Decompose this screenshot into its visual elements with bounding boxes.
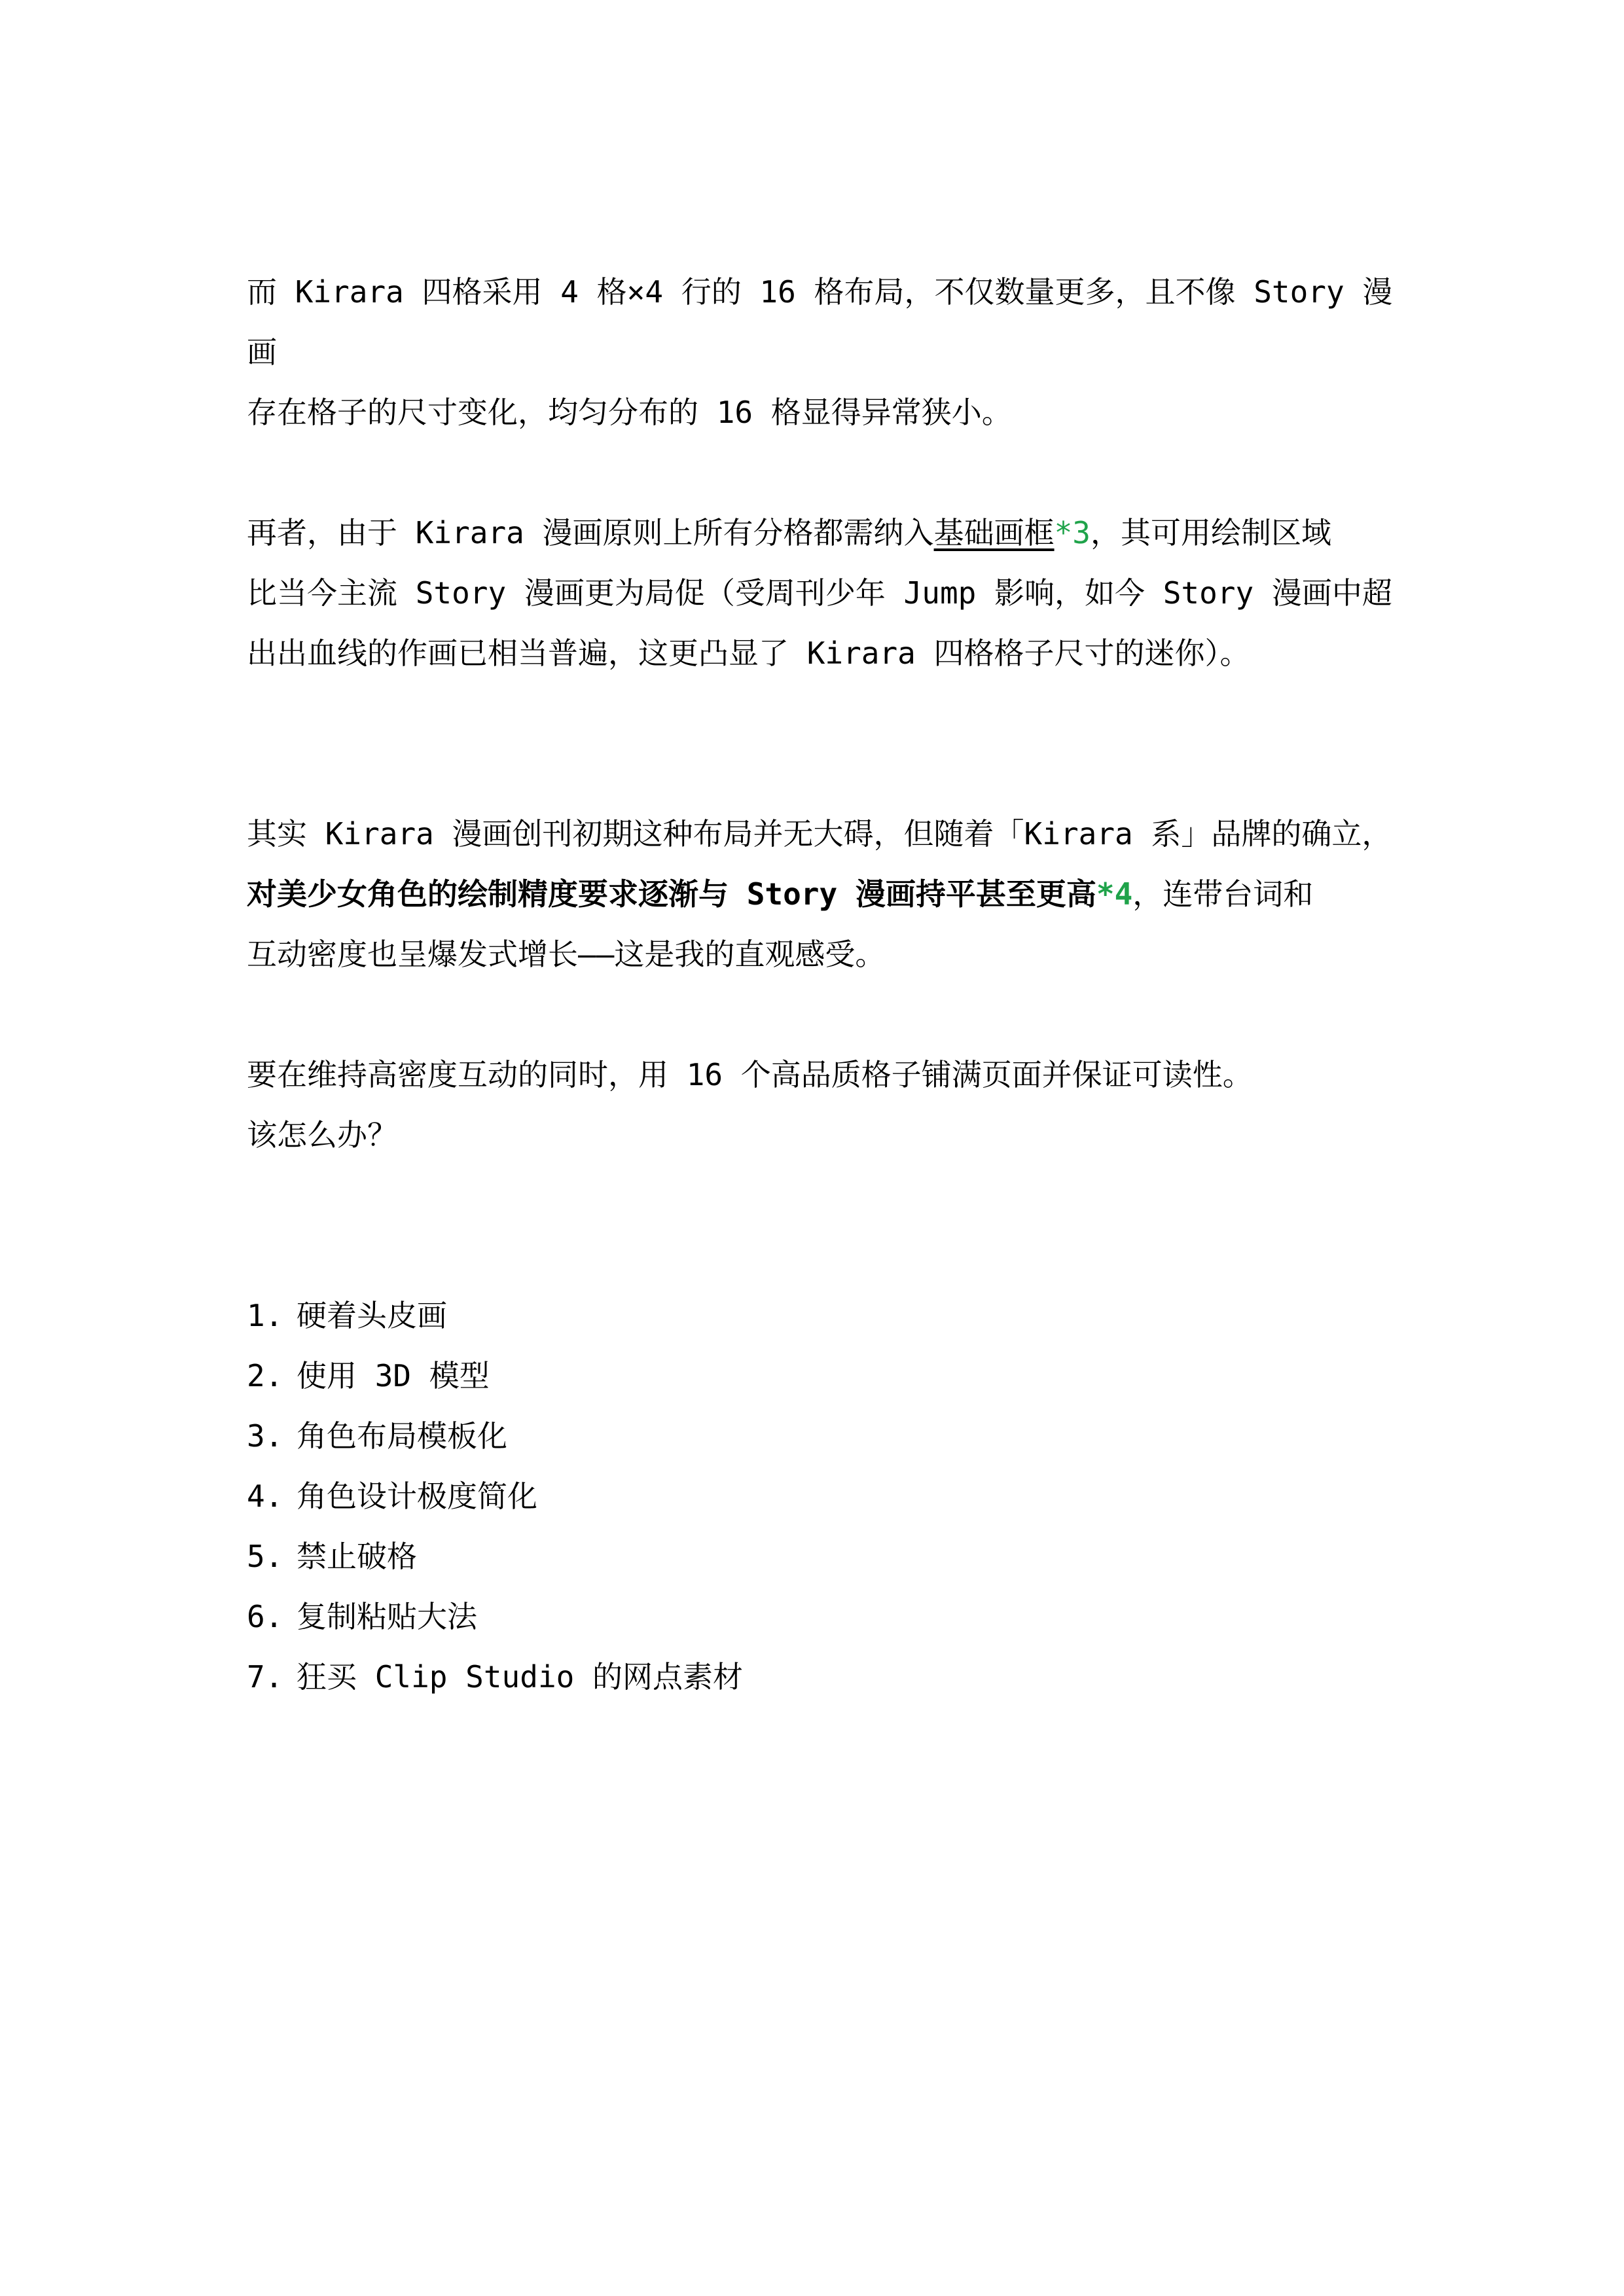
list-item: 3.角色布局模板化 [247, 1406, 1399, 1466]
paragraph-1: 而 Kirara 四格采用 4 格×4 行的 16 格布局，不仅数量更多，且不像… [247, 262, 1399, 442]
paragraph-2-text-after: ，其可用绘制区域 [1091, 515, 1331, 550]
document-page: 而 Kirara 四格采用 4 格×4 行的 16 格布局，不仅数量更多，且不像… [247, 262, 1399, 1707]
paragraph-3-line-2: 对美少女角色的绘制精度要求逐渐与 Story 漫画持平甚至更高*4，连带台词和 [247, 864, 1399, 924]
paragraph-3-text-after: ，连带台词和 [1132, 876, 1313, 912]
list-number: 2. [247, 1346, 297, 1406]
paragraph-2-text: 再者，由于 Kirara 漫画原则上所有分格都需纳入 [247, 515, 934, 550]
paragraph-2-line-3: 出出血线的作画已相当普遍，这更凸显了 Kirara 四格格子尺寸的迷你）。 [247, 623, 1399, 683]
paragraph-2-line-1: 再者，由于 Kirara 漫画原则上所有分格都需纳入基础画框*3，其可用绘制区域 [247, 503, 1399, 563]
list-text: 禁止破格 [297, 1539, 417, 1574]
list-item: 2.使用 3D 模型 [247, 1346, 1399, 1406]
paragraph-2: 再者，由于 Kirara 漫画原则上所有分格都需纳入基础画框*3，其可用绘制区域… [247, 503, 1399, 683]
bold-emphasis: 对美少女角色的绘制精度要求逐渐与 Story 漫画持平甚至更高 [247, 876, 1096, 912]
paragraph-4: 要在维持高密度互动的同时，用 16 个高品质格子铺满页面并保证可读性。 该怎么办… [247, 1045, 1399, 1165]
list-text: 狂买 Clip Studio 的网点素材 [297, 1659, 743, 1695]
list-number: 3. [247, 1406, 297, 1466]
list-item: 6.复制粘贴大法 [247, 1587, 1399, 1647]
footnote-3-marker[interactable]: *3 [1055, 515, 1091, 550]
paragraph-1-line-2: 存在格子的尺寸变化，均匀分布的 16 格显得异常狭小。 [247, 382, 1399, 442]
footnote-4-marker[interactable]: *4 [1096, 876, 1132, 912]
list-number: 1. [247, 1285, 297, 1346]
list-number: 5. [247, 1526, 297, 1587]
list-item: 4.角色设计极度简化 [247, 1466, 1399, 1526]
spacer [247, 1165, 1399, 1285]
list-text: 角色布局模板化 [297, 1418, 507, 1454]
spacer [247, 683, 1399, 804]
paragraph-3-line-3: 互动密度也呈爆发式增长——这是我的直观感受。 [247, 924, 1399, 984]
list-item: 1.硬着头皮画 [247, 1285, 1399, 1346]
list-number: 6. [247, 1587, 297, 1647]
paragraph-3: 其实 Kirara 漫画创刊初期这种布局并无大碍，但随着「Kirara 系」品牌… [247, 804, 1399, 984]
list-text: 角色设计极度简化 [297, 1479, 537, 1514]
list-text: 使用 3D 模型 [297, 1358, 490, 1393]
options-list: 1.硬着头皮画 2.使用 3D 模型 3.角色布局模板化 4.角色设计极度简化 … [247, 1285, 1399, 1707]
list-number: 4. [247, 1466, 297, 1526]
paragraph-1-line-1: 而 Kirara 四格采用 4 格×4 行的 16 格布局，不仅数量更多，且不像… [247, 262, 1399, 382]
spacer [247, 984, 1399, 1045]
paragraph-2-line-2: 比当今主流 Story 漫画更为局促（受周刊少年 Jump 影响，如今 Stor… [247, 563, 1399, 623]
list-item: 7.狂买 Clip Studio 的网点素材 [247, 1647, 1399, 1707]
list-text: 硬着头皮画 [297, 1298, 447, 1333]
list-text: 复制粘贴大法 [297, 1599, 477, 1634]
paragraph-3-line-1: 其实 Kirara 漫画创刊初期这种布局并无大碍，但随着「Kirara 系」品牌… [247, 804, 1399, 864]
list-number: 7. [247, 1647, 297, 1707]
paragraph-4-line-1: 要在维持高密度互动的同时，用 16 个高品质格子铺满页面并保证可读性。 [247, 1045, 1399, 1105]
basic-frame-link[interactable]: 基础画框 [934, 515, 1055, 550]
paragraph-4-line-2: 该怎么办？ [247, 1105, 1399, 1165]
spacer [247, 442, 1399, 503]
list-item: 5.禁止破格 [247, 1526, 1399, 1587]
